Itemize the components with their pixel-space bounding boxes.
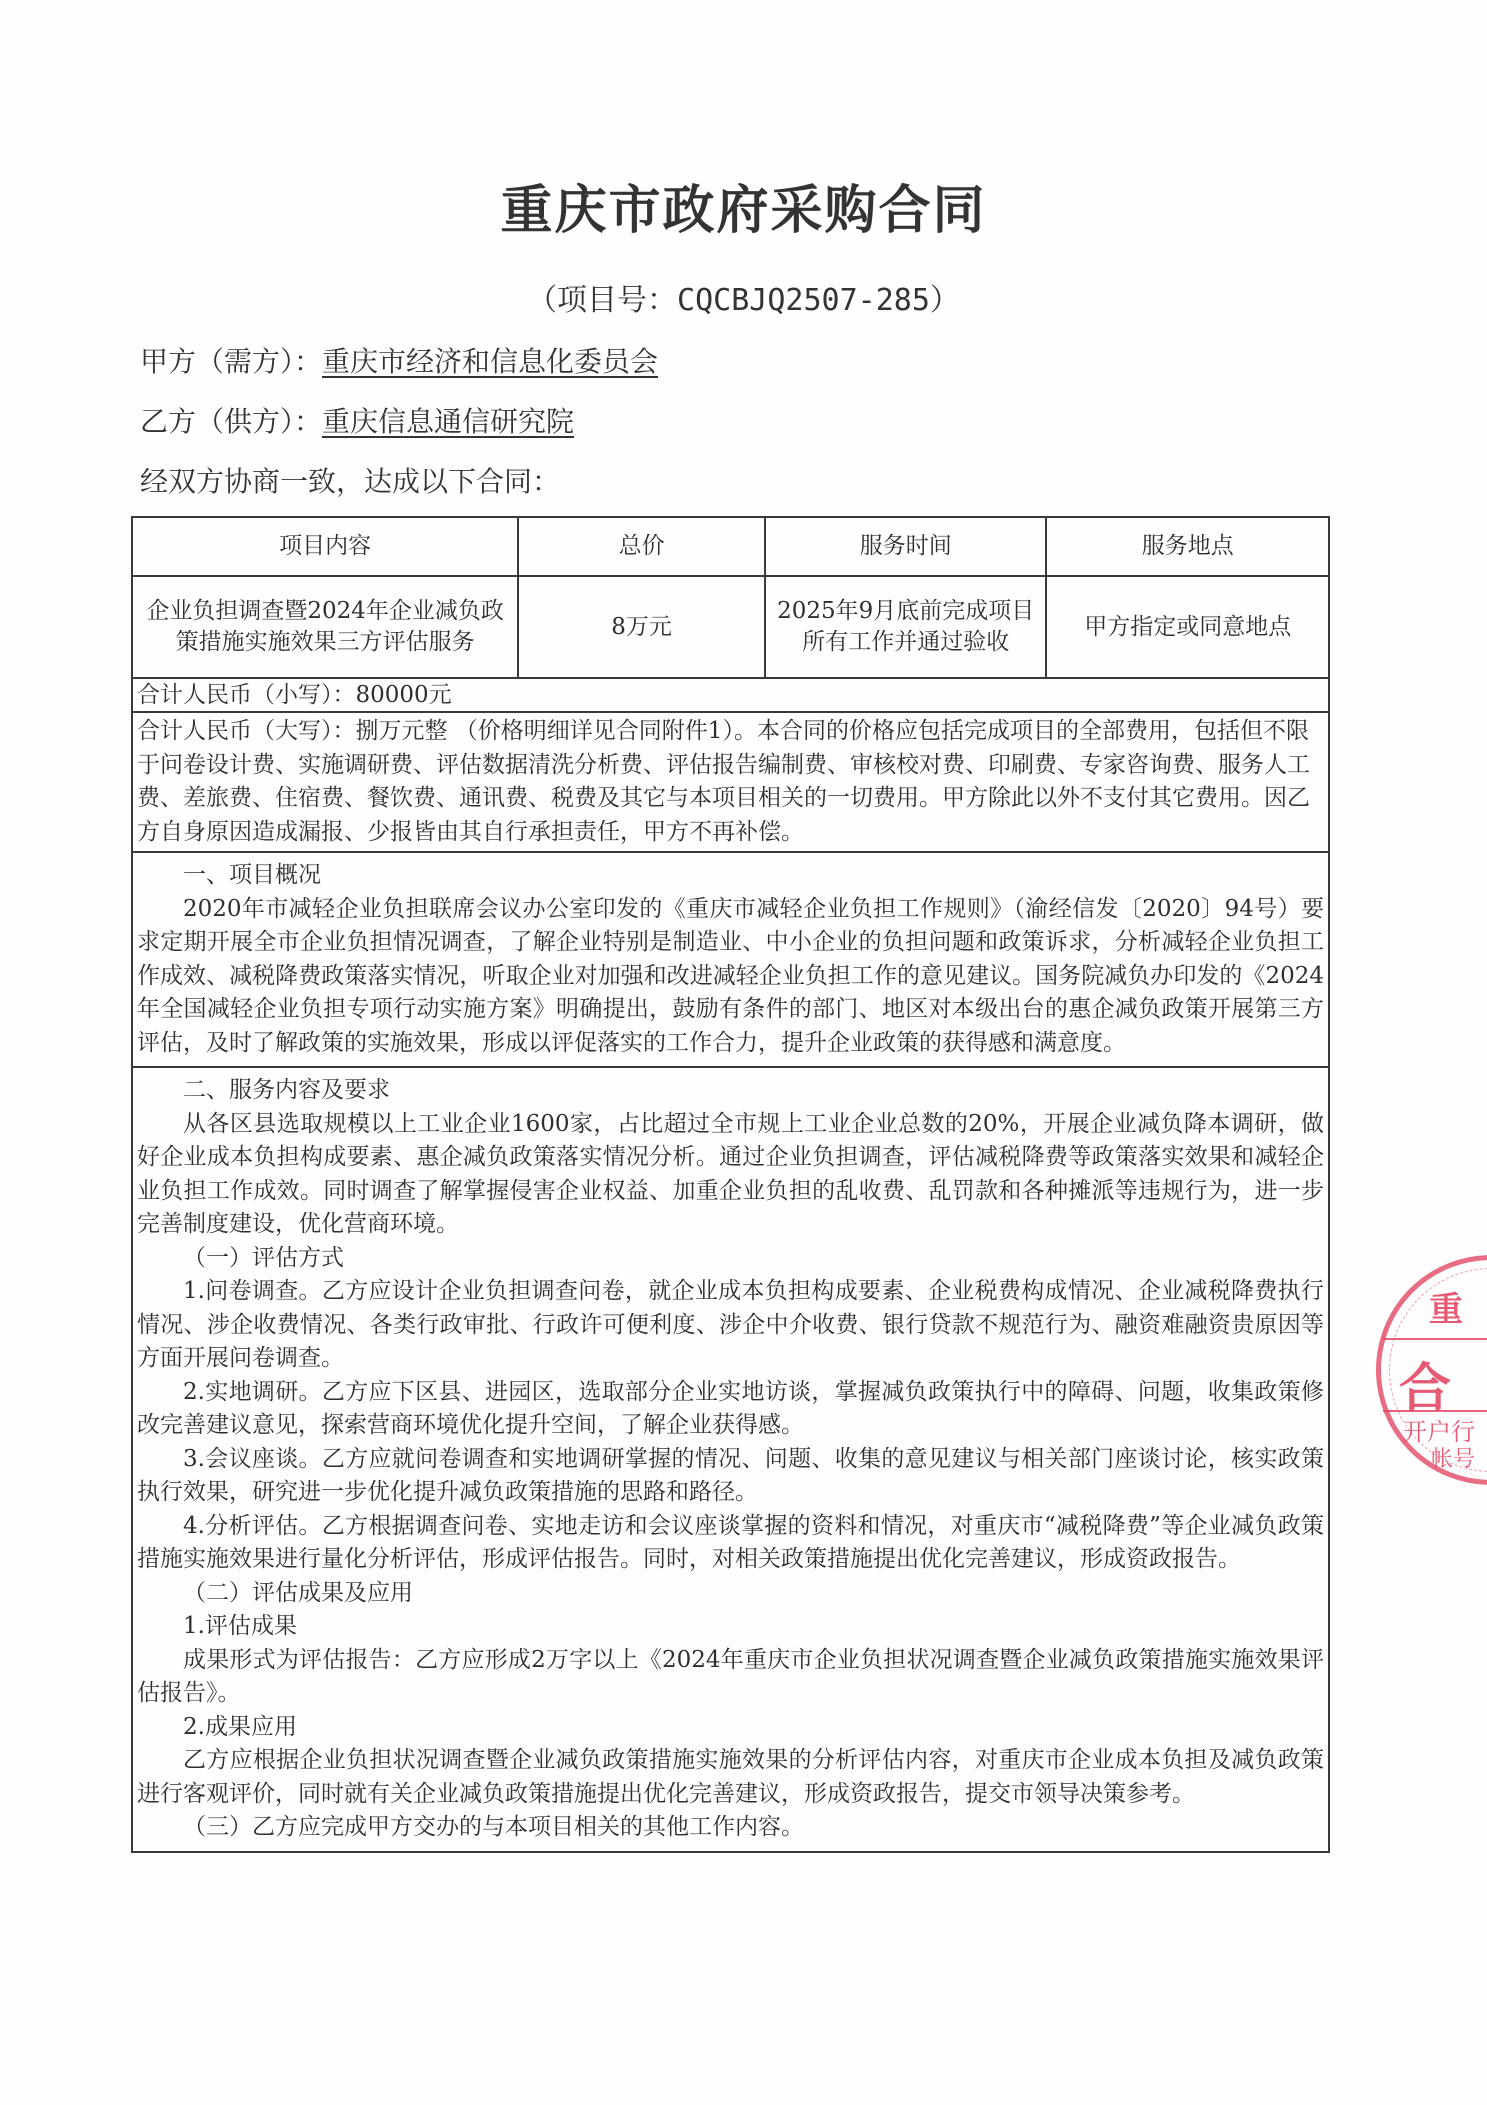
official-seal: 重 合 开户行 帐号 [1376,1255,1487,1485]
document-title: 重庆市政府采购合同 [0,168,1487,243]
header-time: 服务时间 [765,517,1047,576]
subsection-1-title: （一）评估方式 [137,1242,1324,1276]
total-big: 合计人民币（大写）：捌万元整 （价格明细详见合同附件1）。本合同的价格应包括完成… [132,712,1329,852]
subsection-2-title: （二）评估成果及应用 [137,1577,1324,1611]
party-b: 乙方（供方）：重庆信息通信研究院 [140,400,574,440]
party-a: 甲方（需方）：重庆市经济和信息化委员会 [140,340,658,380]
seal-divider-1 [1383,1338,1487,1340]
seal-char-top: 重 [1429,1282,1463,1331]
section-2-intro: 从各区县选取规模以上工业企业1600家，占比超过全市规上工业企业总数的20%，开… [137,1108,1324,1242]
section-1-row: 一、项目概况 2020年市减轻企业负担联席会议办公室印发的《重庆市减轻企业负担工… [132,852,1329,1067]
contract-page: 重庆市政府采购合同 （项目号：CQCBJQ2507-285） 甲方（需方）：重庆… [0,0,1487,2105]
result-1-title: 1.评估成果 [137,1610,1324,1644]
table-header-row: 项目内容 总价 服务时间 服务地点 [132,517,1329,576]
header-location: 服务地点 [1046,517,1329,576]
party-a-name: 重庆市经济和信息化委员会 [322,345,658,378]
item-questionnaire: 1.问卷调查。乙方应设计企业负担调查问卷，就企业成本负担构成要素、企业税费构成情… [137,1275,1324,1376]
subsection-3: （三）乙方应完成甲方交办的与本项目相关的其他工作内容。 [137,1811,1324,1845]
result-2-title: 2.成果应用 [137,1711,1324,1745]
party-a-label: 甲方（需方）： [140,345,322,378]
total-small-row: 合计人民币（小写）：80000元 [132,678,1329,712]
result-2-body: 乙方应根据企业负担状况调查暨企业减负政策措施实施效果的分析评估内容，对重庆市企业… [137,1744,1324,1811]
item-meeting: 3.会议座谈。乙方应就问卷调查和实地调研掌握的情况、问题、收集的意见建议与相关部… [137,1443,1324,1510]
cell-price: 8万元 [518,576,765,678]
cell-time: 2025年9月底前完成项目所有工作并通过验收 [765,576,1047,678]
cell-content: 企业负担调查暨2024年企业减负政策措施实施效果三方评估服务 [132,576,518,678]
table-row: 企业负担调查暨2024年企业减负政策措施实施效果三方评估服务 8万元 2025年… [132,576,1329,678]
cell-location: 甲方指定或同意地点 [1046,576,1329,678]
header-price: 总价 [518,517,765,576]
section-2-title: 二、服务内容及要求 [137,1074,1324,1108]
project-number: （项目号：CQCBJQ2507-285） [0,275,1487,319]
item-field-research: 2.实地调研。乙方应下区县、进园区，选取部分企业实地访谈，掌握减负政策执行中的障… [137,1376,1324,1443]
section-2-row: 二、服务内容及要求 从各区县选取规模以上工业企业1600家，占比超过全市规上工业… [132,1067,1329,1852]
party-b-label: 乙方（供方）： [140,405,322,438]
result-1-body: 成果形式为评估报告：乙方应形成2万字以上《2024年重庆市企业负担状况调查暨企业… [137,1644,1324,1711]
total-small: 合计人民币（小写）：80000元 [132,678,1329,712]
seal-account-label: 帐号 [1431,1442,1475,1473]
total-big-row: 合计人民币（大写）：捌万元整 （价格明细详见合同附件1）。本合同的价格应包括完成… [132,712,1329,852]
section-1-title: 一、项目概况 [137,859,1324,893]
item-analysis: 4.分析评估。乙方根据调查问卷、实地走访和会议座谈掌握的资料和情况，对重庆市“减… [137,1510,1324,1577]
party-b-name: 重庆信息通信研究院 [322,405,574,438]
contract-table: 项目内容 总价 服务时间 服务地点 企业负担调查暨2024年企业减负政策措施实施… [131,516,1330,1853]
agreement-line: 经双方协商一致，达成以下合同： [140,460,560,500]
header-content: 项目内容 [132,517,518,576]
section-1-body: 2020年市减轻企业负担联席会议办公室印发的《重庆市减轻企业负担工作规则》（渝经… [137,893,1324,1061]
